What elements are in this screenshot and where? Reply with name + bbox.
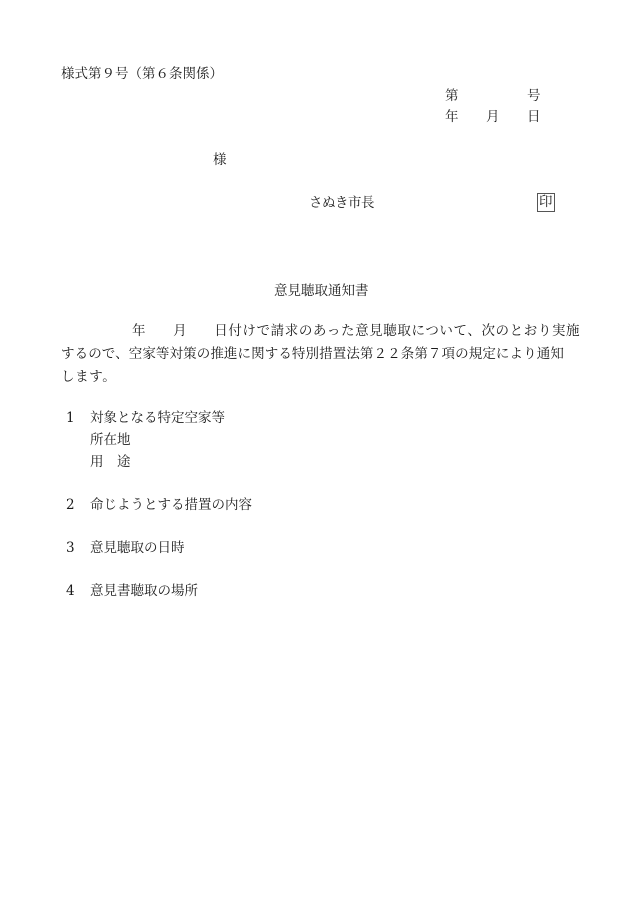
body-line1-text: 日付けで請求のあった意見聴取について、次のとおり実施 [214, 323, 580, 339]
body-month: 月 [173, 323, 187, 339]
item-number: 4 [66, 583, 75, 599]
date-month: 月 [486, 109, 500, 125]
addressee-honorific: 様 [213, 152, 227, 168]
seal-icon: 印 [537, 193, 555, 212]
document-title: 意見聴取通知書 [274, 283, 369, 299]
item-label: 命じようとする措置の内容 [90, 497, 252, 513]
item-label: 意見聴取の日時 [90, 540, 185, 556]
seal-mark: 印 [537, 193, 555, 212]
sub-item-usage: 用 途 [90, 454, 131, 470]
item-number: 3 [66, 540, 75, 556]
item-label: 意見書聴取の場所 [90, 583, 198, 599]
doc-number-suffix: 号 [527, 88, 541, 104]
form-number: 様式第９号（第６条関係） [61, 66, 223, 82]
sender-name: さぬき市長 [309, 195, 374, 211]
body-paragraph: 年月日付けで請求のあった意見聴取について、次のとおり実施 するので、空家等対策の… [61, 320, 579, 389]
item-number: 2 [66, 497, 75, 513]
item-number: 1 [66, 410, 75, 426]
sub-item-location: 所在地 [90, 432, 131, 448]
date-day: 日 [527, 109, 541, 125]
date-year: 年 [445, 109, 459, 125]
doc-number-prefix: 第 [445, 88, 459, 104]
body-line-1: 年月日付けで請求のあった意見聴取について、次のとおり実施 [61, 320, 579, 343]
body-line-2: するので、空家等対策の推進に関する特別措置法第２２条第７項の規定により通知 [61, 343, 579, 366]
body-line-3: します。 [61, 366, 579, 389]
body-year: 年 [132, 323, 146, 339]
item-label: 対象となる特定空家等 [90, 410, 225, 426]
